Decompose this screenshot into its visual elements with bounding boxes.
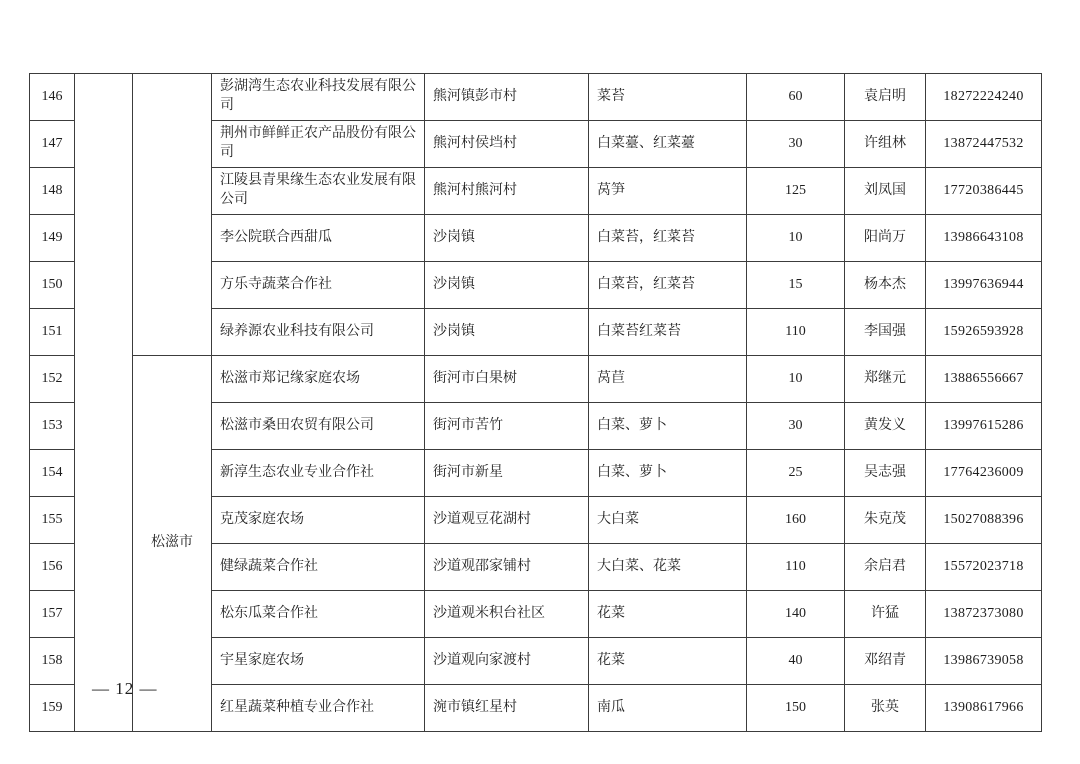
contact-cell: 郑继元 bbox=[845, 356, 926, 403]
contact-cell: 朱克茂 bbox=[845, 497, 926, 544]
company-cell: 红星蔬菜种植专业合作社 bbox=[212, 685, 425, 732]
quantity-cell: 160 bbox=[747, 497, 845, 544]
region-group-cell bbox=[133, 74, 212, 356]
vegetables-cell: 花菜 bbox=[589, 591, 747, 638]
row-number-cell: 153 bbox=[30, 403, 75, 450]
phone-cell: 13872373080 bbox=[926, 591, 1042, 638]
contact-cell: 许组林 bbox=[845, 121, 926, 168]
row-number-cell: 157 bbox=[30, 591, 75, 638]
vegetables-cell: 莴苣 bbox=[589, 356, 747, 403]
phone-cell: 13872447532 bbox=[926, 121, 1042, 168]
table-row: 152松滋市松滋市郑记缘家庭农场街河市白果树莴苣10郑继元13886556667 bbox=[30, 356, 1042, 403]
vegetables-cell: 莴笋 bbox=[589, 168, 747, 215]
location-cell: 街河市白果树 bbox=[425, 356, 589, 403]
phone-cell: 18272224240 bbox=[926, 74, 1042, 121]
row-number-cell: 146 bbox=[30, 74, 75, 121]
quantity-cell: 110 bbox=[747, 309, 845, 356]
company-cell: 松滋市郑记缘家庭农场 bbox=[212, 356, 425, 403]
company-cell: 宇星家庭农场 bbox=[212, 638, 425, 685]
quantity-cell: 110 bbox=[747, 544, 845, 591]
company-cell: 松滋市桑田农贸有限公司 bbox=[212, 403, 425, 450]
contact-cell: 李国强 bbox=[845, 309, 926, 356]
quantity-cell: 30 bbox=[747, 403, 845, 450]
phone-cell: 15926593928 bbox=[926, 309, 1042, 356]
contact-cell: 吴志强 bbox=[845, 450, 926, 497]
vegetables-cell: 白菜、萝卜 bbox=[589, 450, 747, 497]
phone-cell: 17720386445 bbox=[926, 168, 1042, 215]
phone-cell: 13886556667 bbox=[926, 356, 1042, 403]
phone-cell: 15572023718 bbox=[926, 544, 1042, 591]
vegetables-cell: 大白菜 bbox=[589, 497, 747, 544]
row-number-cell: 156 bbox=[30, 544, 75, 591]
row-number-cell: 148 bbox=[30, 168, 75, 215]
vegetables-cell: 南瓜 bbox=[589, 685, 747, 732]
location-cell: 街河市新星 bbox=[425, 450, 589, 497]
vegetables-cell: 白菜苔，红菜苔 bbox=[589, 262, 747, 309]
contact-cell: 张英 bbox=[845, 685, 926, 732]
quantity-cell: 40 bbox=[747, 638, 845, 685]
location-cell: 沙道观豆花湖村 bbox=[425, 497, 589, 544]
phone-cell: 13997615286 bbox=[926, 403, 1042, 450]
company-cell: 方乐寺蔬菜合作社 bbox=[212, 262, 425, 309]
location-cell: 熊河村侯垱村 bbox=[425, 121, 589, 168]
company-cell: 李公院联合西甜瓜 bbox=[212, 215, 425, 262]
phone-cell: 13986643108 bbox=[926, 215, 1042, 262]
phone-cell: 13997636944 bbox=[926, 262, 1042, 309]
phone-cell: 13986739058 bbox=[926, 638, 1042, 685]
quantity-cell: 125 bbox=[747, 168, 845, 215]
company-cell: 荆州市鲜鲜正农产品股份有限公司 bbox=[212, 121, 425, 168]
table-row: 146彭湖湾生态农业科技发展有限公司熊河镇彭市村菜苔60袁启明182722242… bbox=[30, 74, 1042, 121]
contact-cell: 阳尚万 bbox=[845, 215, 926, 262]
row-number-cell: 158 bbox=[30, 638, 75, 685]
location-cell: 沙岗镇 bbox=[425, 262, 589, 309]
vegetable-supplier-table: 146彭湖湾生态农业科技发展有限公司熊河镇彭市村菜苔60袁启明182722242… bbox=[29, 73, 1042, 732]
company-cell: 健绿蔬菜合作社 bbox=[212, 544, 425, 591]
location-cell: 沙道观向家渡村 bbox=[425, 638, 589, 685]
region-group-cell: 松滋市 bbox=[133, 356, 212, 732]
location-cell: 熊河镇彭市村 bbox=[425, 74, 589, 121]
quantity-cell: 10 bbox=[747, 356, 845, 403]
row-number-cell: 149 bbox=[30, 215, 75, 262]
contact-cell: 邓绍青 bbox=[845, 638, 926, 685]
vegetables-cell: 白菜苔红菜苔 bbox=[589, 309, 747, 356]
quantity-cell: 25 bbox=[747, 450, 845, 497]
company-cell: 江陵县青果缘生态农业发展有限公司 bbox=[212, 168, 425, 215]
contact-cell: 许猛 bbox=[845, 591, 926, 638]
vegetables-cell: 白菜、萝卜 bbox=[589, 403, 747, 450]
vegetables-cell: 菜苔 bbox=[589, 74, 747, 121]
contact-cell: 刘凤国 bbox=[845, 168, 926, 215]
phone-cell: 15027088396 bbox=[926, 497, 1042, 544]
quantity-cell: 60 bbox=[747, 74, 845, 121]
contact-cell: 黄发义 bbox=[845, 403, 926, 450]
quantity-cell: 150 bbox=[747, 685, 845, 732]
vegetables-cell: 白菜苔，红菜苔 bbox=[589, 215, 747, 262]
company-cell: 克茂家庭农场 bbox=[212, 497, 425, 544]
location-cell: 街河市苦竹 bbox=[425, 403, 589, 450]
contact-cell: 袁启明 bbox=[845, 74, 926, 121]
quantity-cell: 10 bbox=[747, 215, 845, 262]
location-cell: 沙道观邵家铺村 bbox=[425, 544, 589, 591]
company-cell: 绿养源农业科技有限公司 bbox=[212, 309, 425, 356]
vegetables-cell: 白菜薹、红菜薹 bbox=[589, 121, 747, 168]
row-number-cell: 159 bbox=[30, 685, 75, 732]
spacer-column-cell bbox=[75, 74, 133, 732]
table-body: 146彭湖湾生态农业科技发展有限公司熊河镇彭市村菜苔60袁启明182722242… bbox=[30, 74, 1042, 732]
company-cell: 彭湖湾生态农业科技发展有限公司 bbox=[212, 74, 425, 121]
row-number-cell: 147 bbox=[30, 121, 75, 168]
vegetables-cell: 花菜 bbox=[589, 638, 747, 685]
phone-cell: 13908617966 bbox=[926, 685, 1042, 732]
company-cell: 新淳生态农业专业合作社 bbox=[212, 450, 425, 497]
vegetables-cell: 大白菜、花菜 bbox=[589, 544, 747, 591]
location-cell: 沙道观米积台社区 bbox=[425, 591, 589, 638]
page-number-footer: — 12 — bbox=[92, 679, 158, 699]
quantity-cell: 15 bbox=[747, 262, 845, 309]
location-cell: 涴市镇红星村 bbox=[425, 685, 589, 732]
row-number-cell: 155 bbox=[30, 497, 75, 544]
row-number-cell: 150 bbox=[30, 262, 75, 309]
quantity-cell: 30 bbox=[747, 121, 845, 168]
company-cell: 松东瓜菜合作社 bbox=[212, 591, 425, 638]
contact-cell: 杨本杰 bbox=[845, 262, 926, 309]
location-cell: 沙岗镇 bbox=[425, 215, 589, 262]
document-page: 146彭湖湾生态农业科技发展有限公司熊河镇彭市村菜苔60袁启明182722242… bbox=[0, 0, 1080, 764]
row-number-cell: 151 bbox=[30, 309, 75, 356]
phone-cell: 17764236009 bbox=[926, 450, 1042, 497]
contact-cell: 余启君 bbox=[845, 544, 926, 591]
row-number-cell: 152 bbox=[30, 356, 75, 403]
row-number-cell: 154 bbox=[30, 450, 75, 497]
location-cell: 熊河村熊河村 bbox=[425, 168, 589, 215]
location-cell: 沙岗镇 bbox=[425, 309, 589, 356]
quantity-cell: 140 bbox=[747, 591, 845, 638]
